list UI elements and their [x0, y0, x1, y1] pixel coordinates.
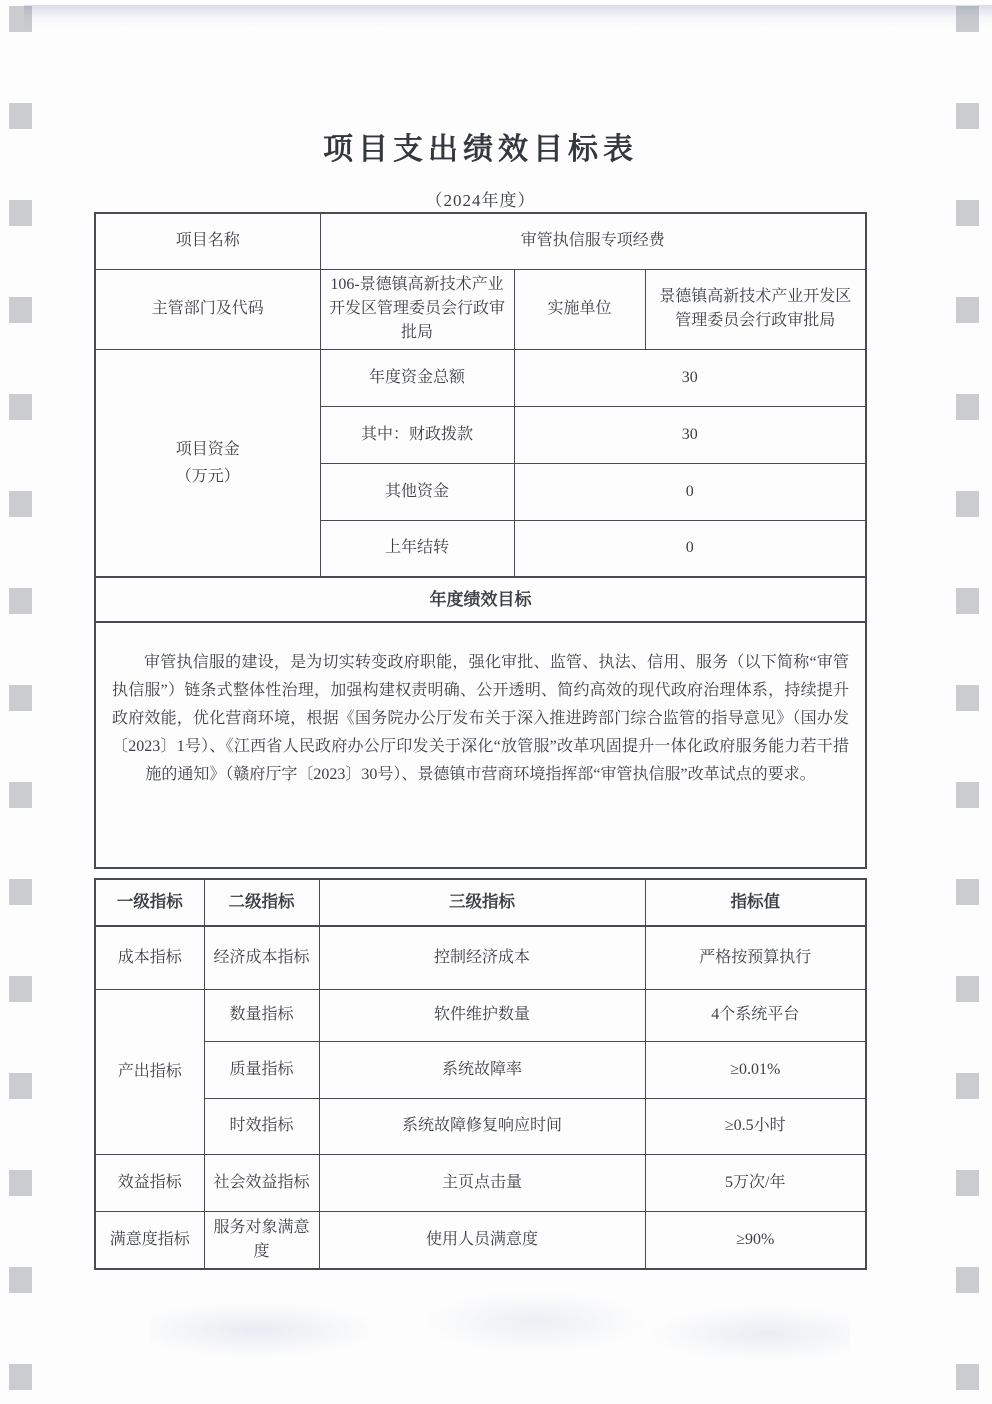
indicator-value: ≥0.01%	[645, 1041, 866, 1098]
page-title: 项目支出绩效目标表	[94, 124, 867, 168]
funds-carryover-label: 上年结转	[320, 520, 514, 577]
department-label: 主管部门及代码	[95, 269, 320, 349]
indicator-row-output-quantity: 产出指标 数量指标 软件维护数量 4个系统平台	[95, 989, 866, 1041]
annual-goal-text-cell: 审管执信服的建设，是为切实转变政府职能，强化审批、监管、执法、信用、服务（以下简…	[95, 622, 866, 868]
indicator-row-output-timeliness: 时效指标 系统故障修复响应时间 ≥0.5小时	[95, 1098, 866, 1154]
funds-total-label: 年度资金总额	[320, 349, 514, 406]
implement-unit-value: 景德镇高新技术产业开发区管理委员会行政审批局	[645, 269, 866, 349]
indicator-value: ≥90%	[645, 1211, 866, 1269]
annual-goal-text-row: 审管执信服的建设，是为切实转变政府职能，强化审批、监管、执法、信用、服务（以下简…	[95, 622, 866, 868]
funds-row-total: 项目资金 （万元） 年度资金总额 30	[95, 349, 866, 406]
indicator-level2: 数量指标	[204, 989, 319, 1041]
indicator-level2: 社会效益指标	[204, 1154, 319, 1211]
indicator-row-satisfaction: 满意度指标 服务对象满意度 使用人员满意度 ≥90%	[95, 1211, 866, 1269]
annual-goal-header: 年度绩效目标	[95, 577, 866, 622]
indicator-level1: 产出指标	[95, 989, 204, 1154]
indicator-level1: 成本指标	[95, 926, 204, 989]
scan-smudge-bottom	[150, 1290, 850, 1370]
indicator-level3: 使用人员满意度	[319, 1211, 645, 1269]
indicator-level3: 控制经济成本	[319, 926, 645, 989]
indicator-header-level1: 一级指标	[95, 879, 204, 926]
scan-smudge-top	[24, 5, 992, 27]
indicator-level2: 时效指标	[204, 1098, 319, 1154]
indicator-value: 严格按预算执行	[645, 926, 866, 989]
indicator-level3: 系统故障率	[319, 1041, 645, 1098]
funds-other-label: 其他资金	[320, 463, 514, 520]
scan-marks-right-edge	[956, 6, 979, 1404]
funds-fiscal-value: 30	[514, 406, 866, 463]
indicator-header-level3: 三级指标	[319, 879, 645, 926]
project-name-label: 项目名称	[95, 213, 320, 269]
indicator-level1: 效益指标	[95, 1154, 204, 1211]
indicator-row-cost: 成本指标 经济成本指标 控制经济成本 严格按预算执行	[95, 926, 866, 989]
annual-goal-text: 审管执信服的建设，是为切实转变政府职能，强化审批、监管、执法、信用、服务（以下简…	[112, 649, 849, 789]
funds-fiscal-label: 其中：财政拨款	[320, 406, 514, 463]
funds-carryover-value: 0	[514, 520, 866, 577]
project-name-value: 审管执信服专项经费	[320, 213, 866, 269]
funds-label-line1: 项目资金	[104, 436, 312, 463]
funds-label: 项目资金 （万元）	[95, 349, 320, 577]
indicator-value: 4个系统平台	[645, 989, 866, 1041]
indicator-level2: 服务对象满意度	[204, 1211, 319, 1269]
indicator-value: 5万次/年	[645, 1154, 866, 1211]
project-name-row: 项目名称 审管执信服专项经费	[95, 213, 866, 269]
page-subtitle: （2024年度）	[94, 186, 867, 211]
indicator-level3: 软件维护数量	[319, 989, 645, 1041]
implement-unit-label: 实施单位	[514, 269, 645, 349]
indicator-level3: 主页点击量	[319, 1154, 645, 1211]
scan-marks-left-edge	[9, 6, 32, 1404]
indicator-value: ≥0.5小时	[645, 1098, 866, 1154]
indicator-level2: 质量指标	[204, 1041, 319, 1098]
department-value: 106-景德镇高新技术产业开发区管理委员会行政审批局	[320, 269, 514, 349]
department-row: 主管部门及代码 106-景德镇高新技术产业开发区管理委员会行政审批局 实施单位 …	[95, 269, 866, 349]
annual-goal-header-row: 年度绩效目标	[95, 577, 866, 622]
indicator-table: 一级指标 二级指标 三级指标 指标值 成本指标 经济成本指标 控制经济成本 严格…	[94, 878, 867, 1270]
funds-label-line2: （万元）	[104, 463, 312, 490]
indicator-level1: 满意度指标	[95, 1211, 204, 1269]
funds-other-value: 0	[514, 463, 866, 520]
funds-total-value: 30	[514, 349, 866, 406]
project-info-table: 项目名称 审管执信服专项经费 主管部门及代码 106-景德镇高新技术产业开发区管…	[94, 212, 867, 869]
scanned-document-page: 项目支出绩效目标表 （2024年度） 项目名称 审管执信服专项经费 主管部门及代…	[0, 0, 992, 1404]
indicator-header-level2: 二级指标	[204, 879, 319, 926]
indicator-header-row: 一级指标 二级指标 三级指标 指标值	[95, 879, 866, 926]
indicator-header-value: 指标值	[645, 879, 866, 926]
indicator-level3: 系统故障修复响应时间	[319, 1098, 645, 1154]
indicator-row-benefit: 效益指标 社会效益指标 主页点击量 5万次/年	[95, 1154, 866, 1211]
indicator-level2: 经济成本指标	[204, 926, 319, 989]
indicator-row-output-quality: 质量指标 系统故障率 ≥0.01%	[95, 1041, 866, 1098]
